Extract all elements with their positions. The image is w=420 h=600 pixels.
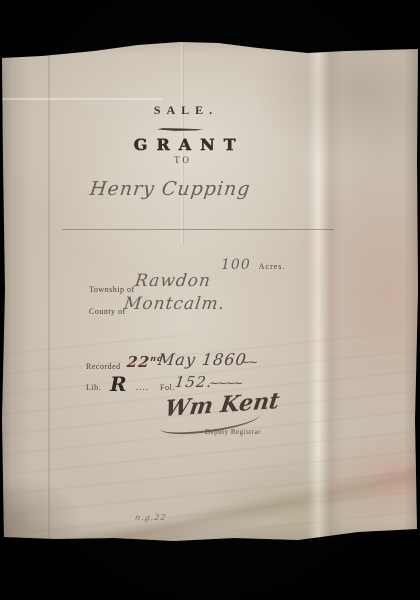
title-divider-rule bbox=[157, 128, 203, 131]
acreage-line: 100 Acres. bbox=[221, 256, 285, 274]
township-label: Township of bbox=[89, 285, 135, 294]
paper-document: SALE. GRANT TO Henry Cupping 100 Acres. … bbox=[2, 40, 418, 546]
grantee-name: Henry Cupping bbox=[89, 178, 252, 200]
grant-heading: GRANT bbox=[2, 135, 367, 154]
township-value: Rawdon bbox=[134, 271, 212, 291]
horizontal-crease bbox=[2, 98, 162, 100]
county-value: Montcalm. bbox=[123, 294, 227, 314]
sale-title: SALE. bbox=[2, 103, 364, 118]
signature-title: Deputy Registrar bbox=[205, 428, 261, 436]
liber-label: Lib. bbox=[86, 383, 101, 392]
acreage-value: 100 bbox=[221, 257, 251, 273]
liber-dots: .... bbox=[136, 382, 149, 392]
recorded-day-number: 22 bbox=[126, 353, 151, 371]
archive-note: n.g.22 bbox=[134, 513, 167, 522]
recorded-pen-flourish: ~~ bbox=[239, 355, 257, 369]
folio-label: Fol. bbox=[160, 383, 175, 392]
acreage-label: Acres. bbox=[259, 262, 286, 271]
liber-value: R bbox=[110, 372, 127, 396]
county-label: County of bbox=[89, 307, 126, 316]
name-underline-rule bbox=[62, 229, 334, 230]
folio-pen-flourish: ~~~~ bbox=[208, 376, 242, 390]
recorded-label: Recorded bbox=[86, 362, 121, 371]
to-label: TO bbox=[2, 155, 361, 165]
recorded-date: May 1860 bbox=[157, 350, 248, 369]
photo-background: SALE. GRANT TO Henry Cupping 100 Acres. … bbox=[0, 0, 420, 600]
